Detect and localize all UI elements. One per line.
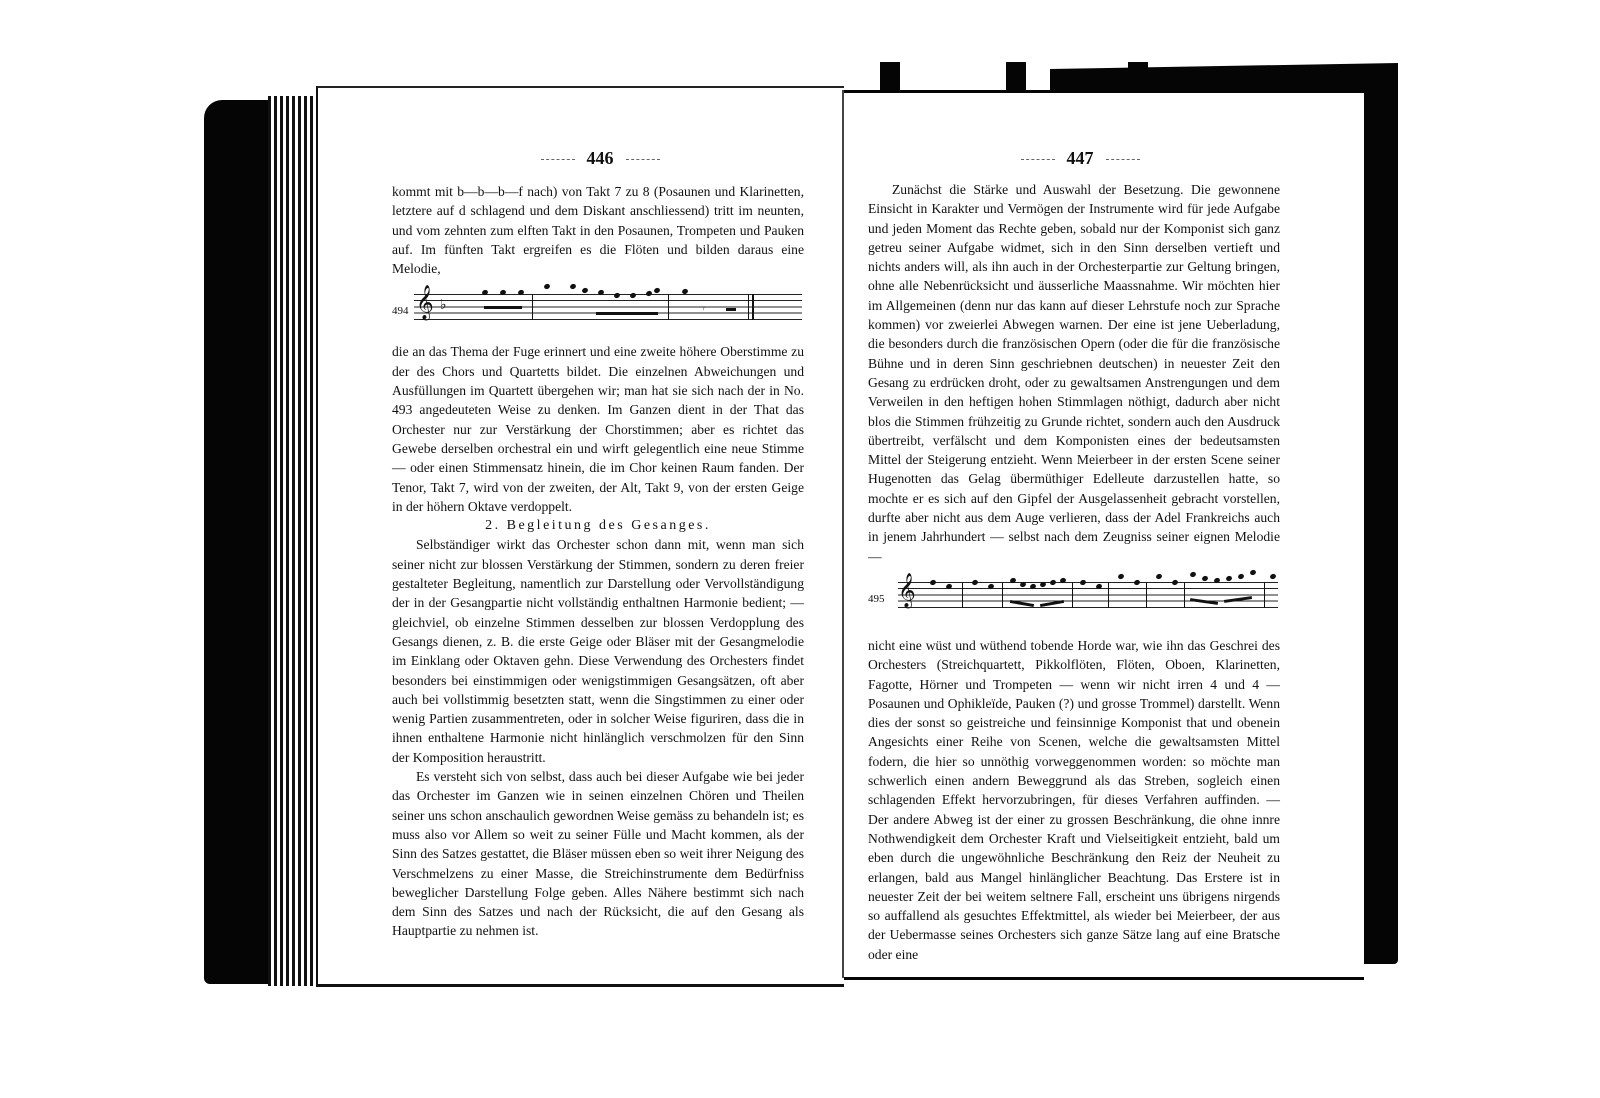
example-number: 494 [392, 302, 409, 321]
music-example-495: 495 𝄞 [868, 574, 1280, 626]
page-number-left: 446 [470, 148, 730, 169]
example-number: 495 [868, 590, 885, 609]
paragraph: Selbständiger wirkt das Orchester schon … [392, 535, 804, 767]
music-staff [898, 582, 1278, 608]
right-page-text: Zunächst die Stärke und Auswahl der Bese… [868, 180, 1280, 964]
paragraph: kommt mit b—b—b—f nach) von Takt 7 zu 8 … [392, 182, 804, 278]
bookmark-tab [880, 62, 900, 92]
book-cover-right [1364, 68, 1398, 964]
paragraph: nicht eine wüst und wüthend tobende Hord… [868, 636, 1280, 964]
page-edges [268, 96, 318, 986]
left-page-text: kommt mit b—b—b—f nach) von Takt 7 zu 8 … [392, 182, 804, 941]
treble-clef-icon: 𝄞 [416, 288, 434, 318]
treble-clef-icon: 𝄞 [898, 576, 916, 606]
paragraph: Zunächst die Stärke und Auswahl der Bese… [868, 180, 1280, 566]
music-example-494: 494 𝄞 ♭ 𝄾 [392, 286, 804, 332]
paragraph: Es versteht sich von selbst, dass auch b… [392, 767, 804, 941]
music-staff [414, 294, 802, 320]
book-cover-left [204, 100, 278, 984]
bookmark-tab [1006, 62, 1026, 92]
flat-sign-icon: ♭ [440, 296, 447, 315]
page-number-right: 447 [950, 148, 1210, 169]
section-heading: 2. Begleitung des Gesanges. [392, 516, 804, 535]
bookmark-tab [1128, 62, 1148, 92]
rest-icon: 𝄾 [702, 300, 705, 319]
paragraph: die an das Thema der Fuge erinnert und e… [392, 342, 804, 516]
